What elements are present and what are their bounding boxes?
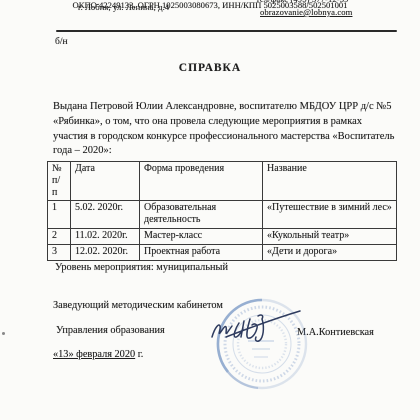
cell-date: 5.02. 2020г. (71, 201, 140, 229)
column-header-date: Дата (71, 162, 140, 201)
table-row: 1 5.02. 2020г. Образовательная деятельно… (48, 201, 397, 229)
cell-date: 11.02. 2020г. (71, 229, 140, 245)
events-table: № п/ п Дата Форма проведения Название 1 … (47, 161, 397, 261)
document-body-paragraph: Выдана Петровой Юлии Александровне, восп… (53, 100, 395, 159)
cell-number: 3 (48, 245, 71, 261)
letterhead-phone-partial: тел/факс (495) 577-12-39 (256, 0, 349, 4)
table-header-row: № п/ п Дата Форма проведения Название (48, 162, 397, 201)
cell-form: Мастер-класс (140, 229, 263, 245)
signer-title-line1: Заведующий методическим кабинетом (53, 300, 223, 311)
cell-name: «Кукольный театр» (263, 229, 397, 245)
column-header-number: № п/ п (48, 162, 71, 201)
document-page: тел/факс (495) 577-12-39 г. Лобня, ул. Л… (0, 0, 420, 420)
document-number: б/н (55, 37, 68, 47)
table-row: 2 11.02. 2020г. Мастер-класс «Кукольный … (48, 229, 397, 245)
letterhead-registry-line: ОКПО 42249133, ОГРН 1025003080673, ИНН/К… (0, 0, 420, 10)
letterhead-address: г. Лобня, ул. Ленина, д.4 (78, 2, 169, 12)
signer-title-line2: Управления образования (56, 325, 165, 336)
column-header-form: Форма проведения (140, 162, 263, 201)
table-row: 3 12.02. 2020г. Проектная работа «Дети и… (48, 245, 397, 261)
cell-name: «Дети и дорога» (263, 245, 397, 261)
stamp-and-signature (208, 296, 320, 400)
letterhead-email-link[interactable]: obrazovanie@lobnya.com (260, 7, 352, 17)
document-title: СПРАВКА (0, 62, 420, 74)
cell-number: 2 (48, 229, 71, 245)
column-header-name: Название (263, 162, 397, 201)
cell-form: Образовательная деятельность (140, 201, 263, 229)
event-level-line: Уровень мероприятия: муниципальный (55, 262, 228, 273)
issue-date-suffix: г. (135, 349, 143, 360)
cell-date: 12.02. 2020г. (71, 245, 140, 261)
issue-date-underlined: «13» февраля 2020 (53, 349, 135, 360)
cell-number: 1 (48, 201, 71, 229)
official-stamp-icon (208, 296, 320, 400)
letterhead-divider (56, 30, 397, 32)
scan-artifact-dot (2, 332, 5, 335)
cell-form: Проектная работа (140, 245, 263, 261)
cell-name: «Путешествие в зимний лес» (263, 201, 397, 229)
issue-date: «13» февраля 2020 г. (53, 349, 143, 360)
